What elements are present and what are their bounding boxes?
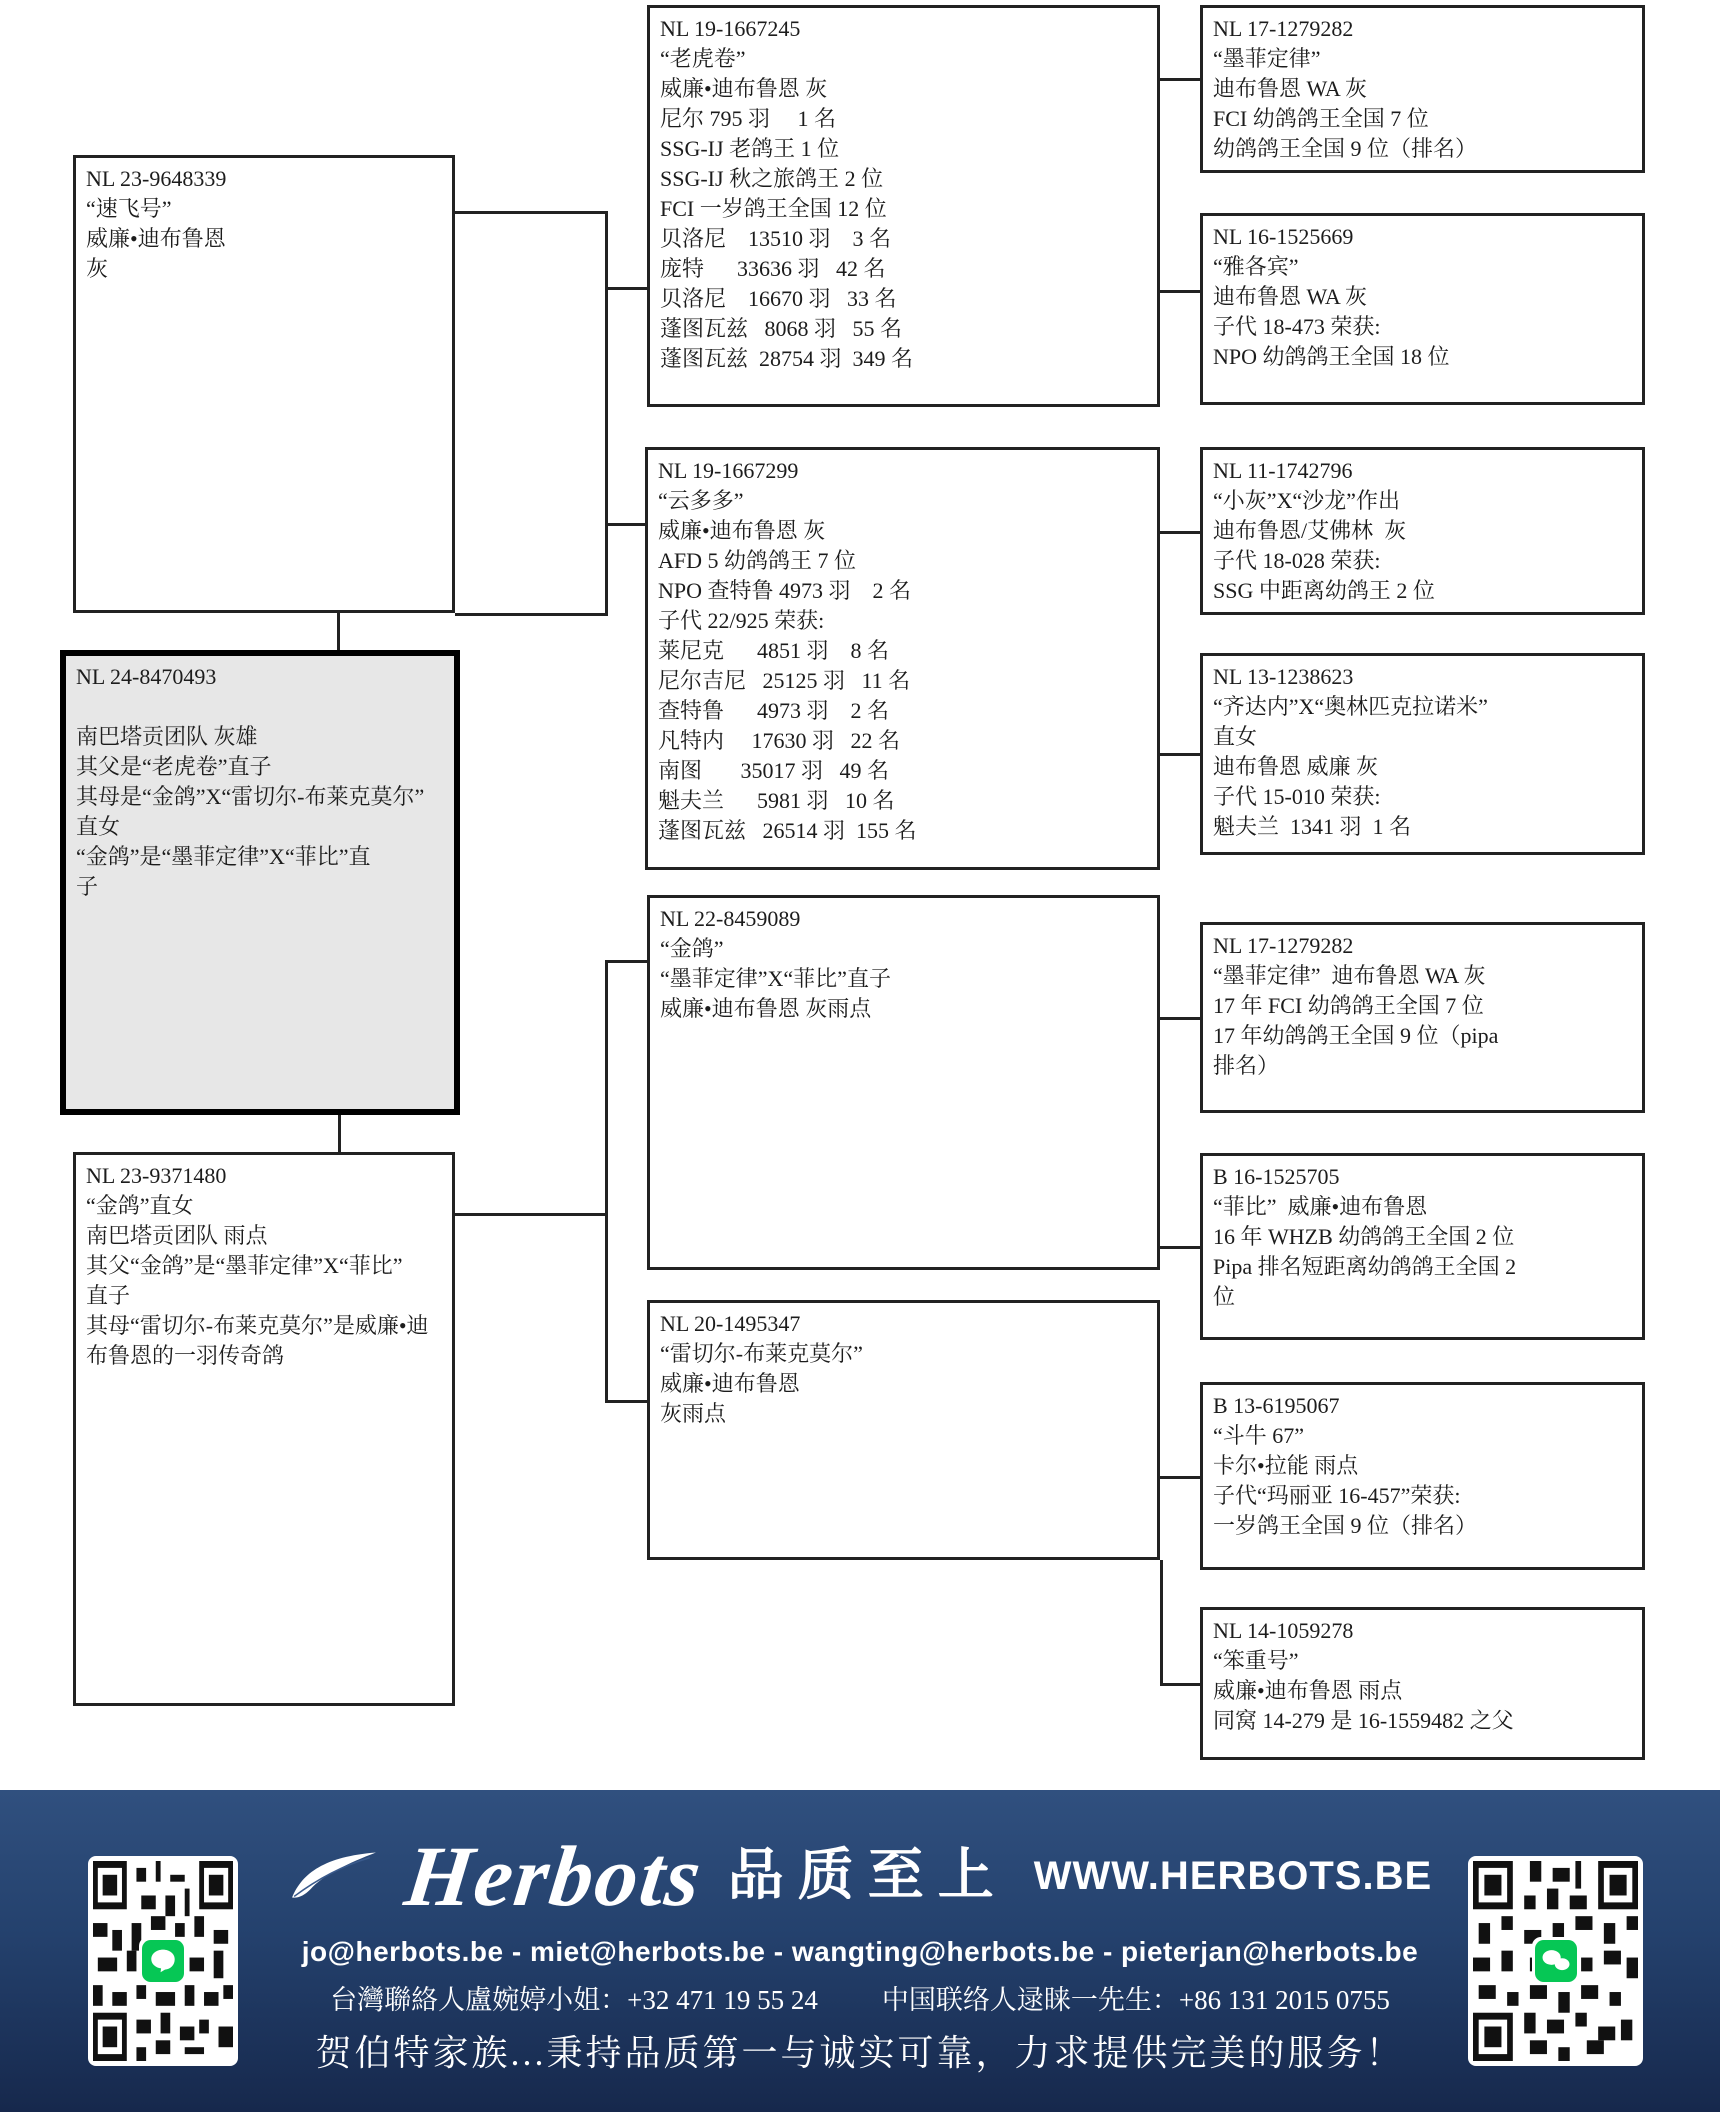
footer-banner: Herbots 品质至上 WWW.HERBOTS.BE jo@herbots.b…: [0, 1790, 1720, 2112]
pedigree-text-line: 其父“金鸽”是“墨菲定律”X“菲比”: [86, 1251, 442, 1281]
pedigree-text-line: 灰雨点: [660, 1399, 1147, 1429]
website-url: WWW.HERBOTS.BE: [1034, 1854, 1432, 1899]
email-list: jo@herbots.be - miet@herbots.be - wangti…: [302, 1936, 1418, 1968]
pedigree-connector-line: [337, 613, 340, 650]
pedigree-text-line: “斗牛 67”: [1213, 1421, 1632, 1451]
pedigree-text-line: 魁夫兰 1341 羽 1 名: [1213, 812, 1632, 842]
line-qr-code: [88, 1856, 238, 2066]
pedigree-text-line: 排名）: [1213, 1051, 1632, 1081]
pedigree-text-line: 直女: [1213, 722, 1632, 752]
pedigree-connector-line: [605, 523, 647, 526]
pedigree-text-line: “墨菲定律” 迪布鲁恩 WA 灰: [1213, 961, 1632, 991]
pedigree-text-line: 同窝 14-279 是 16-1559482 之父: [1213, 1706, 1632, 1736]
footer-content: Herbots 品质至上 WWW.HERBOTS.BE jo@herbots.b…: [255, 1820, 1465, 2076]
pedigree-box-great-grandparent-8: NL 14-1059278“笨重号”威廉•迪布鲁恩 雨点同窝 14-279 是 …: [1200, 1607, 1645, 1760]
pedigree-box-sire-sire: NL 19-1667245“老虎卷”威廉•迪布鲁恩 灰尼尔 795 羽 1 名S…: [647, 5, 1160, 407]
pedigree-connector-line: [1160, 531, 1200, 534]
pedigree-text-line: “墨菲定律”: [1213, 44, 1632, 74]
pedigree-text-line: NL 19-1667245: [660, 14, 1147, 44]
pedigree-text-line: 庞特 33636 羽 42 名: [660, 254, 1147, 284]
pedigree-text-line: 迪布鲁恩 WA 灰: [1213, 74, 1632, 104]
pedigree-connector-line: [338, 1115, 341, 1152]
contact-taiwan: 台灣聯絡人盧婉婷小姐：+32 471 19 55 24: [330, 1978, 818, 2017]
pedigree-box-sire: NL 23-9648339“速飞号”威廉•迪布鲁恩灰: [73, 155, 455, 613]
pedigree-text-line: 蓬图瓦兹 8068 羽 55 名: [660, 314, 1147, 344]
pedigree-text-line: 迪布鲁恩 WA 灰: [1213, 282, 1632, 312]
pedigree-text-line: 莱尼克 4851 羽 8 名: [658, 636, 1147, 666]
pedigree-text-line: 尼尔 795 羽 1 名: [660, 104, 1147, 134]
pedigree-text-line: “云多多”: [658, 486, 1147, 516]
pedigree-box-great-grandparent-7: B 13-6195067“斗牛 67”卡尔•拉能 雨点子代“玛丽亚 16-457…: [1200, 1382, 1645, 1570]
pedigree-text-line: 贝洛尼 16670 羽 33 名: [660, 284, 1147, 314]
pedigree-text-line: NL 23-9371480: [86, 1161, 442, 1191]
pedigree-text-line: 威廉•迪布鲁恩 灰: [658, 516, 1147, 546]
pedigree-text-line: 布鲁恩的一羽传奇鸽: [86, 1341, 442, 1371]
pedigree-text-line: 卡尔•拉能 雨点: [1213, 1451, 1632, 1481]
pedigree-box-great-grandparent-3: NL 11-1742796“小灰”X“沙龙”作出迪布鲁恩/艾佛林 灰子代 18-…: [1200, 447, 1645, 615]
pedigree-text-line: “菲比” 威廉•迪布鲁恩: [1213, 1192, 1632, 1222]
pedigree-text-line: 南巴塔贡团队 雨点: [86, 1221, 442, 1251]
pedigree-text-line: 子代 15-010 荣获:: [1213, 782, 1632, 812]
pedigree-connector-line: [605, 211, 608, 616]
pedigree-text-line: B 13-6195067: [1213, 1391, 1632, 1421]
pedigree-text-line: NL 17-1279282: [1213, 931, 1632, 961]
pedigree-text-line: “墨菲定律”X“菲比”直子: [660, 964, 1147, 994]
pedigree-text-line: “雅各宾”: [1213, 252, 1632, 282]
pedigree-text-line: SSG-IJ 秋之旅鸽王 2 位: [660, 164, 1147, 194]
pedigree-text-line: 其母“雷切尔-布莱克莫尔”是威廉•迪: [86, 1311, 442, 1341]
pedigree-text-line: 子代 18-028 荣获:: [1213, 546, 1632, 576]
pedigree-text-line: 威廉•迪布鲁恩 雨点: [1213, 1676, 1632, 1706]
pedigree-text-line: 贝洛尼 13510 羽 3 名: [660, 224, 1147, 254]
pedigree-text-line: NL 11-1742796: [1213, 456, 1632, 486]
pedigree-text-line: NL 17-1279282: [1213, 14, 1632, 44]
pedigree-text-line: 子代 22/925 荣获:: [658, 606, 1147, 636]
pedigree-text-line: 灰: [86, 254, 442, 284]
wechat-qr-code: [1468, 1856, 1643, 2066]
pedigree-connector-line: [605, 1400, 647, 1403]
pedigree-text-line: SSG-IJ 老鸽王 1 位: [660, 134, 1147, 164]
pedigree-text-line: “齐达内”X“奥林匹克拉诺米”: [1213, 692, 1632, 722]
pedigree-text-line: 威廉•迪布鲁恩 灰雨点: [660, 994, 1147, 1024]
pedigree-box-dam-sire: NL 22-8459089“金鸽”“墨菲定律”X“菲比”直子威廉•迪布鲁恩 灰雨…: [647, 895, 1160, 1270]
contact-china: 中国联络人逯睐一先生：+86 131 2015 0755: [882, 1978, 1390, 2017]
pedigree-text-line: 一岁鸽王全国 9 位（排名）: [1213, 1511, 1632, 1541]
pedigree-text-line: “雷切尔-布莱克莫尔”: [660, 1339, 1147, 1369]
pedigree-text-line: 威廉•迪布鲁恩: [660, 1369, 1147, 1399]
pedigree-text-line: 威廉•迪布鲁恩: [86, 224, 442, 254]
pedigree-box-great-grandparent-2: NL 16-1525669“雅各宾”迪布鲁恩 WA 灰子代 18-473 荣获:…: [1200, 213, 1645, 405]
wechat-icon: [1532, 1937, 1580, 1985]
pedigree-text-line: 子: [76, 872, 444, 902]
pedigree-text-line: SSG 中距离幼鸽王 2 位: [1213, 576, 1632, 606]
pedigree-text-line: FCI 一岁鸽王全国 12 位: [660, 194, 1147, 224]
pedigree-text-line: 凡特内 17630 羽 22 名: [658, 726, 1147, 756]
footer-tagline: 贺伯特家族...秉持品质第一与诚实可靠，力求提供完美的服务！: [315, 2025, 1404, 2076]
pedigree-chart: NL 23-9648339“速飞号”威廉•迪布鲁恩灰 NL 24-8470493…: [0, 0, 1720, 1790]
pedigree-text-line: AFD 5 幼鸽鸽王 7 位: [658, 546, 1147, 576]
pedigree-connector-line: [1160, 1246, 1200, 1249]
pedigree-connector-line: [605, 287, 647, 290]
pedigree-connector-line: [455, 1213, 605, 1216]
pedigree-box-dam-dam: NL 20-1495347“雷切尔-布莱克莫尔”威廉•迪布鲁恩灰雨点: [647, 1300, 1160, 1560]
pedigree-text-line: FCI 幼鸽鸽王全国 7 位: [1213, 104, 1632, 134]
pedigree-text-line: 16 年 WHZB 幼鸽鸽王全国 2 位: [1213, 1222, 1632, 1252]
pedigree-connector-line: [1160, 78, 1200, 81]
pedigree-text-line: NL 20-1495347: [660, 1309, 1147, 1339]
pedigree-text-line: 查特鲁 4973 羽 2 名: [658, 696, 1147, 726]
pedigree-box-great-grandparent-6: B 16-1525705“菲比” 威廉•迪布鲁恩16 年 WHZB 幼鸽鸽王全国…: [1200, 1153, 1645, 1340]
pedigree-connector-line: [1160, 1683, 1200, 1686]
pedigree-connector-line: [455, 613, 605, 616]
pedigree-text-line: 17 年幼鸽鸽王全国 9 位（pipa: [1213, 1021, 1632, 1051]
pedigree-text-line: 直女: [76, 812, 444, 842]
pedigree-box-great-grandparent-5: NL 17-1279282“墨菲定律” 迪布鲁恩 WA 灰17 年 FCI 幼鸽…: [1200, 922, 1645, 1113]
pedigree-text-line: 直子: [86, 1281, 442, 1311]
pedigree-text-line: 其父是“老虎卷”直子: [76, 752, 444, 782]
pedigree-connector-line: [1160, 1476, 1200, 1479]
pedigree-text-line: NL 22-8459089: [660, 904, 1147, 934]
pedigree-connector-line: [455, 211, 605, 214]
brand-slogan: 品质至上: [728, 1848, 1008, 1904]
line-icon: [139, 1937, 187, 1985]
pedigree-text-line: NL 19-1667299: [658, 456, 1147, 486]
pedigree-text-line: NL 14-1059278: [1213, 1616, 1632, 1646]
pedigree-connector-line: [1160, 1017, 1200, 1020]
pedigree-text-line: 蓬图瓦兹 28754 羽 349 名: [660, 344, 1147, 374]
pedigree-text-line: NPO 幼鸽鸽王全国 18 位: [1213, 342, 1632, 372]
pedigree-text-line: 威廉•迪布鲁恩 灰: [660, 74, 1147, 104]
pedigree-connector-line: [1160, 1560, 1163, 1686]
pedigree-text-line: “金鸽”直女: [86, 1191, 442, 1221]
pedigree-text-line: “金鸽”: [660, 934, 1147, 964]
pedigree-connector-line: [605, 960, 647, 963]
pedigree-text-line: 魁夫兰 5981 羽 10 名: [658, 786, 1147, 816]
pedigree-box-dam: NL 23-9371480“金鸽”直女南巴塔贡团队 雨点其父“金鸽”是“墨菲定律…: [73, 1152, 455, 1706]
pedigree-connector-line: [605, 960, 608, 1403]
brand-logo: Herbots: [401, 1833, 707, 1919]
pedigree-text-line: NL 13-1238623: [1213, 662, 1632, 692]
pedigree-text-line: NL 24-8470493: [76, 662, 444, 692]
pedigree-text-line: 子代“玛丽亚 16-457”荣获:: [1213, 1481, 1632, 1511]
contact-line: 台灣聯絡人盧婉婷小姐：+32 471 19 55 24 中国联络人逯睐一先生：+…: [330, 1978, 1390, 2017]
pedigree-text-line: 17 年 FCI 幼鸽鸽王全国 7 位: [1213, 991, 1632, 1021]
pedigree-text-line: 幼鸽鸽王全国 9 位（排名）: [1213, 134, 1632, 164]
pedigree-text-line: 蓬图瓦兹 26514 羽 155 名: [658, 816, 1147, 846]
pedigree-box-great-grandparent-4: NL 13-1238623“齐达内”X“奥林匹克拉诺米”直女迪布鲁恩 威廉 灰子…: [1200, 653, 1645, 855]
pedigree-box-sire-dam: NL 19-1667299“云多多”威廉•迪布鲁恩 灰AFD 5 幼鸽鸽王 7 …: [645, 447, 1160, 870]
pedigree-text-line: 南巴塔贡团队 灰雄: [76, 722, 444, 752]
pedigree-box-subject: NL 24-8470493南巴塔贡团队 灰雄其父是“老虎卷”直子其母是“金鸽”X…: [60, 650, 460, 1115]
pedigree-text-line: “金鸽”是“墨菲定律”X“菲比”直: [76, 842, 444, 872]
pedigree-text-line: NPO 查特鲁 4973 羽 2 名: [658, 576, 1147, 606]
pedigree-text-line: “速飞号”: [86, 194, 442, 224]
pedigree-text-line: NL 23-9648339: [86, 164, 442, 194]
pedigree-text-line: “笨重号”: [1213, 1646, 1632, 1676]
pedigree-box-great-grandparent-1: NL 17-1279282“墨菲定律”迪布鲁恩 WA 灰FCI 幼鸽鸽王全国 7…: [1200, 5, 1645, 173]
feather-icon: [288, 1850, 380, 1902]
brand-row: Herbots 品质至上 WWW.HERBOTS.BE: [288, 1820, 1432, 1932]
pedigree-connector-line: [1160, 290, 1200, 293]
pedigree-text-line: 子代 18-473 荣获:: [1213, 312, 1632, 342]
pedigree-text-line: 迪布鲁恩 威廉 灰: [1213, 752, 1632, 782]
pedigree-connector-line: [1160, 753, 1200, 756]
pedigree-text-line: 迪布鲁恩/艾佛林 灰: [1213, 516, 1632, 546]
pedigree-text-line: [76, 692, 444, 722]
pedigree-text-line: NL 16-1525669: [1213, 222, 1632, 252]
pedigree-text-line: 位: [1213, 1282, 1632, 1312]
pedigree-text-line: Pipa 排名短距离幼鸽鸽王全国 2: [1213, 1252, 1632, 1282]
pedigree-text-line: “老虎卷”: [660, 44, 1147, 74]
pedigree-text-line: 尼尔吉尼 25125 羽 11 名: [658, 666, 1147, 696]
pedigree-text-line: “小灰”X“沙龙”作出: [1213, 486, 1632, 516]
pedigree-text-line: 南图 35017 羽 49 名: [658, 756, 1147, 786]
pedigree-text-line: B 16-1525705: [1213, 1162, 1632, 1192]
pedigree-text-line: 其母是“金鸽”X“雷切尔-布莱克莫尔”: [76, 782, 444, 812]
